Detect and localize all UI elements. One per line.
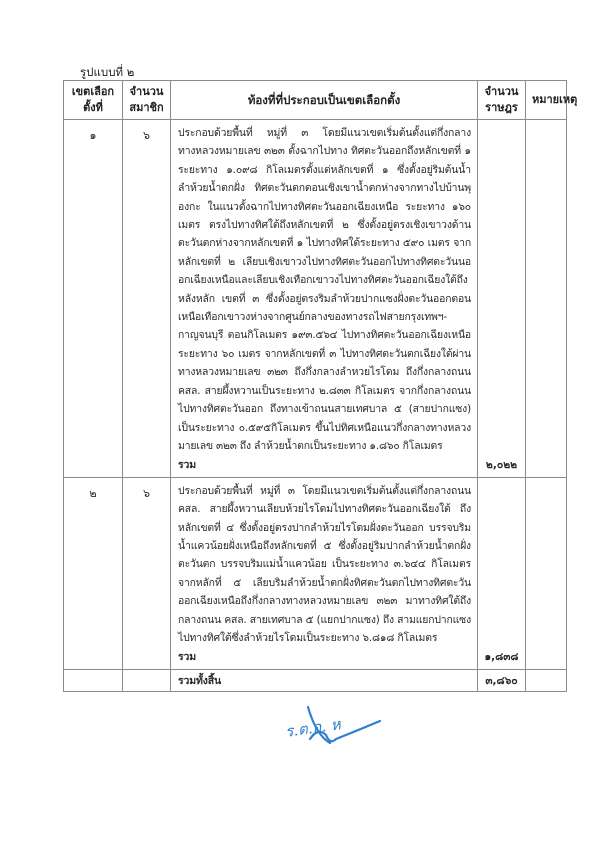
member-count: ๖ [123,120,171,478]
empty-cell [64,669,123,691]
grand-total-population: ๓,๘๖๐ [478,669,526,691]
header-district-no: เขตเลือกตั้งที่ [64,81,123,120]
subtotal-label: รวม [178,456,471,474]
table-row: ๒ ๖ ประกอบด้วยพื้นที่ หมู่ที่ ๓ โดยมีแนว… [64,477,567,669]
district-number: ๑ [64,120,123,478]
remarks-cell [526,120,567,478]
header-members: จำนวนสมาชิก [123,81,171,120]
grand-total-label-cell: รวมทั้งสิ้น [171,669,478,691]
area-description: ประกอบด้วยพื้นที่ หมู่ที่ ๓ โดยมีแนวเขตเ… [178,124,471,455]
grand-total-row: รวมทั้งสิ้น ๓,๘๖๐ [64,669,567,691]
district-number: ๒ [64,477,123,669]
remarks-cell [526,477,567,669]
empty-cell [526,669,567,691]
empty-cell [123,669,171,691]
table-row: ๑ ๖ ประกอบด้วยพื้นที่ หมู่ที่ ๓ โดยมีแนว… [64,120,567,478]
electoral-district-table: เขตเลือกตั้งที่ จำนวนสมาชิก ท้องที่ที่ปร… [63,80,567,692]
grand-total-label: รวมทั้งสิ้น [178,672,471,690]
header-area: ท้องที่ที่ประกอบเป็นเขตเลือกตั้ง [171,81,478,120]
area-description: ประกอบด้วยพื้นที่ หมู่ที่ ๓ โดยมีแนวเขตเ… [178,482,471,648]
header-population: จำนวนราษฎร [478,81,526,120]
area-description-cell: ประกอบด้วยพื้นที่ หมู่ที่ ๓ โดยมีแนวเขตเ… [171,477,478,669]
table-header-row: เขตเลือกตั้งที่ จำนวนสมาชิก ท้องที่ที่ปร… [64,81,567,120]
area-description-cell: ประกอบด้วยพื้นที่ หมู่ที่ ๓ โดยมีแนวเขตเ… [171,120,478,478]
population-count: ๑,๘๓๘ [478,477,526,669]
population-count: ๒,๐๒๒ [478,120,526,478]
header-remarks: หมายเหตุ [526,81,567,120]
member-count: ๖ [123,477,171,669]
subtotal-label: รวม [178,648,471,666]
